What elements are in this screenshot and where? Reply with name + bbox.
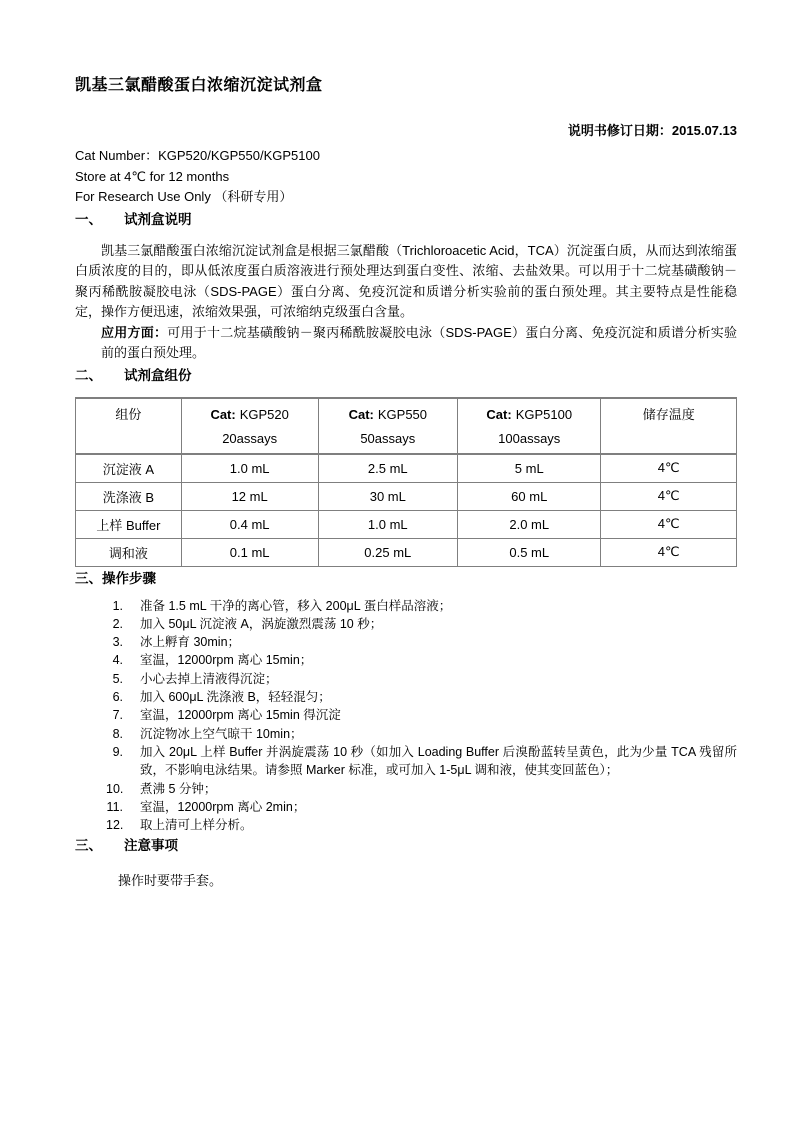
step-item: 11. 室温，12000rpm 离心 2min；	[106, 798, 737, 816]
application-text: 可用于十二烷基磺酸钠－聚丙稀酰胺凝胶电泳（SDS-PAGE）蛋白分离、免疫沉淀和…	[101, 325, 737, 361]
volume-kgp5100: 5 mL	[458, 454, 601, 482]
section2-heading: 二、试剂盒组份	[75, 364, 737, 384]
step-number: 3.	[106, 633, 123, 651]
product-info-block: Cat Number：KGP520/KGP550/KGP5100 Store a…	[75, 146, 737, 208]
step-item: 9. 加入 20μL 上样 Buffer 并涡旋震荡 10 秒（如加入 Load…	[106, 743, 737, 780]
section1-number: 一、	[75, 208, 124, 228]
application-paragraph: 应用方面：可用于十二烷基磺酸钠－聚丙稀酰胺凝胶电泳（SDS-PAGE）蛋白分离、…	[101, 323, 737, 364]
table-row: 沉淀液 A 1.0 mL 2.5 mL 5 mL 4℃	[76, 454, 737, 482]
revision-date: 说明书修订日期：2015.07.13	[75, 120, 737, 139]
page-title: 凯基三氯醋酸蛋白浓缩沉淀试剂盒	[75, 72, 737, 95]
step-item: 1. 准备 1.5 mL 干净的离心管，移入 200μL 蛋白样品溶液；	[106, 597, 737, 615]
step-number: 1.	[106, 597, 123, 615]
step-number: 12.	[106, 816, 123, 834]
volume-kgp520: 1.0 mL	[181, 454, 318, 482]
step-text: 煮沸 5 分钟；	[140, 780, 737, 798]
header-cell-storage: 储存温度	[601, 398, 737, 454]
section1-title: 试剂盒说明	[124, 212, 192, 227]
storage-temp: 4℃	[601, 482, 737, 510]
step-number: 8.	[106, 725, 123, 743]
header-cell-component: 组份	[76, 398, 182, 454]
step-text: 室温，12000rpm 离心 15min 得沉淀	[140, 706, 737, 724]
storage-temp: 4℃	[601, 538, 737, 566]
step-number: 5.	[106, 670, 123, 688]
volume-kgp5100: 0.5 mL	[458, 538, 601, 566]
volume-kgp5100: 60 mL	[458, 482, 601, 510]
application-label: 应用方面：	[101, 325, 167, 340]
section1-heading: 一、试剂盒说明	[75, 208, 737, 228]
component-name: 洗涤液 B	[76, 482, 182, 510]
step-number: 2.	[106, 615, 123, 633]
kit-description-paragraph: 凯基三氯醋酸蛋白浓缩沉淀试剂盒是根据三氯醋酸（Trichloroacetic A…	[75, 241, 737, 323]
procedure-steps-list: 1. 准备 1.5 mL 干净的离心管，移入 200μL 蛋白样品溶液； 2. …	[106, 597, 737, 835]
step-text: 室温，12000rpm 离心 2min；	[140, 798, 737, 816]
header-cell-kgp550: Cat:KGP550 50assays	[318, 398, 457, 454]
components-table-body: 沉淀液 A 1.0 mL 2.5 mL 5 mL 4℃ 洗涤液 B 12 mL …	[76, 454, 737, 566]
step-item: 3. 冰上孵育 30min；	[106, 633, 737, 651]
step-text: 沉淀物冰上空气晾干 10min；	[140, 725, 737, 743]
volume-kgp520: 0.1 mL	[181, 538, 318, 566]
components-table-header: 组份 Cat:KGP520 20assays Cat:KGP550 50assa…	[76, 398, 737, 454]
storage-temp: 4℃	[601, 454, 737, 482]
step-number: 7.	[106, 706, 123, 724]
table-row: 调和液 0.1 mL 0.25 mL 0.5 mL 4℃	[76, 538, 737, 566]
section3-heading: 三、操作步骤	[75, 567, 737, 587]
step-number: 6.	[106, 688, 123, 706]
step-item: 5. 小心去掉上清液得沉淀；	[106, 670, 737, 688]
step-item: 7. 室温，12000rpm 离心 15min 得沉淀	[106, 706, 737, 724]
research-use-line: For Research Use Only （科研专用）	[75, 187, 737, 208]
table-row: 上样 Buffer 0.4 mL 1.0 mL 2.0 mL 4℃	[76, 510, 737, 538]
step-text: 加入 600μL 洗涤液 B，轻轻混匀；	[140, 688, 737, 706]
step-text: 冰上孵育 30min；	[140, 633, 737, 651]
step-number: 4.	[106, 651, 123, 669]
components-table: 组份 Cat:KGP520 20assays Cat:KGP550 50assa…	[75, 397, 737, 567]
step-text: 加入 20μL 上样 Buffer 并涡旋震荡 10 秒（如加入 Loading…	[140, 743, 737, 780]
table-row: 洗涤液 B 12 mL 30 mL 60 mL 4℃	[76, 482, 737, 510]
step-item: 2. 加入 50μL 沉淀液 A，涡旋激烈震荡 10 秒；	[106, 615, 737, 633]
step-item: 4. 室温，12000rpm 离心 15min；	[106, 651, 737, 669]
caution-note: 操作时要带手套。	[118, 871, 737, 891]
step-text: 准备 1.5 mL 干净的离心管，移入 200μL 蛋白样品溶液；	[140, 597, 737, 615]
step-text: 小心去掉上清液得沉淀；	[140, 670, 737, 688]
component-name: 上样 Buffer	[76, 510, 182, 538]
storage-temp: 4℃	[601, 510, 737, 538]
header-component-label: 组份	[78, 405, 179, 424]
volume-kgp550: 0.25 mL	[318, 538, 457, 566]
header-kgp520-cat: Cat:KGP520	[184, 405, 316, 424]
cat-number-line: Cat Number：KGP520/KGP550/KGP5100	[75, 146, 737, 167]
header-storage-label: 储存温度	[603, 405, 734, 424]
section4-title: 注意事项	[124, 838, 178, 853]
storage-line: Store at 4℃ for 12 months	[75, 167, 737, 188]
header-kgp550-cat: Cat:KGP550	[321, 405, 455, 424]
header-cell-kgp5100: Cat:KGP5100 100assays	[458, 398, 601, 454]
volume-kgp520: 12 mL	[181, 482, 318, 510]
step-number: 9.	[106, 743, 123, 780]
header-kgp5100-cat: Cat:KGP5100	[460, 405, 598, 424]
header-cell-kgp520: Cat:KGP520 20assays	[181, 398, 318, 454]
step-item: 12. 取上清可上样分析。	[106, 816, 737, 834]
header-kgp5100-assays: 100assays	[460, 429, 598, 448]
volume-kgp550: 2.5 mL	[318, 454, 457, 482]
header-kgp520-assays: 20assays	[184, 429, 316, 448]
step-text: 加入 50μL 沉淀液 A，涡旋激烈震荡 10 秒；	[140, 615, 737, 633]
header-kgp550-assays: 50assays	[321, 429, 455, 448]
step-text: 室温，12000rpm 离心 15min；	[140, 651, 737, 669]
component-name: 沉淀液 A	[76, 454, 182, 482]
step-item: 8. 沉淀物冰上空气晾干 10min；	[106, 725, 737, 743]
section2-number: 二、	[75, 364, 124, 384]
component-name: 调和液	[76, 538, 182, 566]
step-text: 取上清可上样分析。	[140, 816, 737, 834]
section4-number: 三、	[75, 834, 124, 854]
volume-kgp550: 30 mL	[318, 482, 457, 510]
section2-title: 试剂盒组份	[124, 368, 192, 383]
table-header-row: 组份 Cat:KGP520 20assays Cat:KGP550 50assa…	[76, 398, 737, 454]
volume-kgp550: 1.0 mL	[318, 510, 457, 538]
document-page: 凯基三氯醋酸蛋白浓缩沉淀试剂盒 说明书修订日期：2015.07.13 Cat N…	[0, 0, 794, 1123]
step-item: 6. 加入 600μL 洗涤液 B，轻轻混匀；	[106, 688, 737, 706]
section4-heading: 三、注意事项	[75, 834, 737, 854]
step-item: 10. 煮沸 5 分钟；	[106, 780, 737, 798]
step-number: 10.	[106, 780, 123, 798]
step-number: 11.	[106, 798, 123, 816]
volume-kgp5100: 2.0 mL	[458, 510, 601, 538]
volume-kgp520: 0.4 mL	[181, 510, 318, 538]
